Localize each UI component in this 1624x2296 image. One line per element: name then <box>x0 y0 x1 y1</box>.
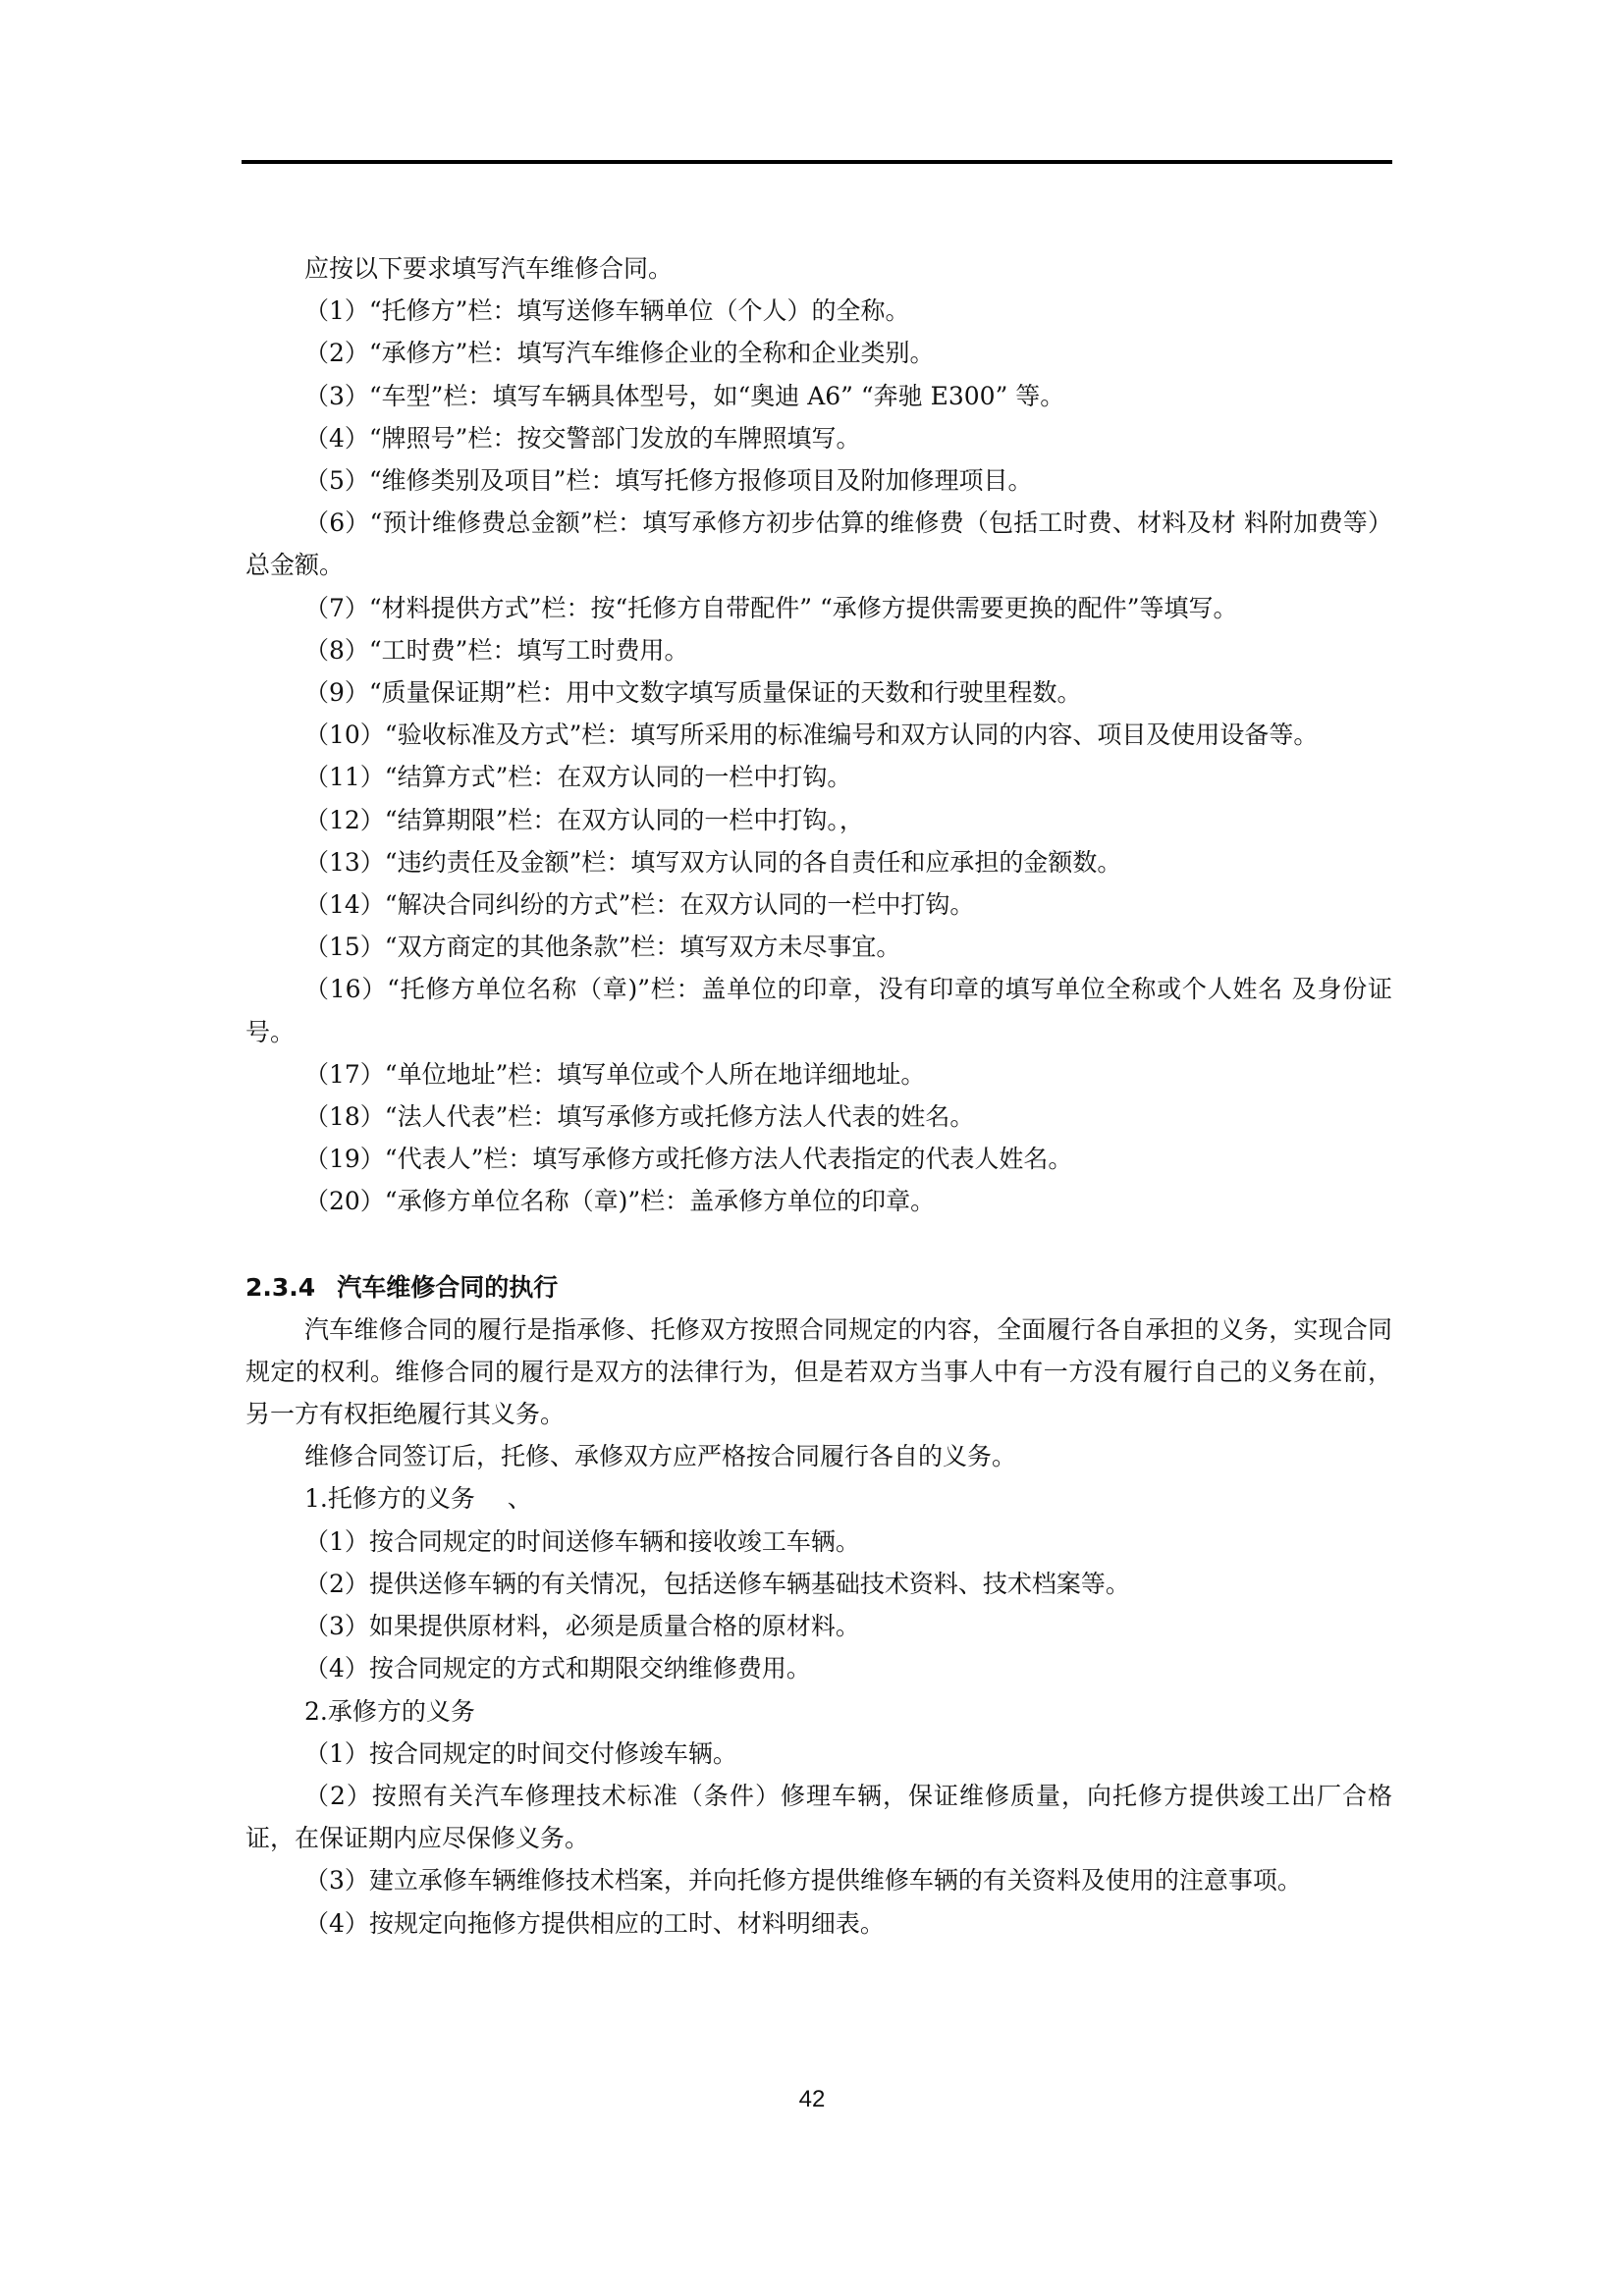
fill-rule-item: （4）“牌照号”栏：按交警部门发放的车牌照填写。 <box>245 417 1392 459</box>
fill-rule-item: （18）“法人代表”栏：填写承修方或托修方法人代表的姓名。 <box>245 1095 1392 1138</box>
section-paragraph: 汽车维修合同的履行是指承修、托修双方按照合同规定的内容，全面履行各自承担的义务，… <box>245 1308 1392 1436</box>
fill-rule-item: （17）“单位地址”栏：填写单位或个人所在地详细地址。 <box>245 1053 1392 1095</box>
client-duty-item: （2）提供送修车辆的有关情况，包括送修车辆基础技术资料、技术档案等。 <box>245 1563 1392 1605</box>
page-body: 应按以下要求填写汽车维修合同。 （1）“托修方”栏：填写送修车辆单位（个人）的全… <box>245 247 1392 1945</box>
fill-rule-item: （20）“承修方单位名称（章)”栏：盖承修方单位的印章。 <box>245 1180 1392 1222</box>
fill-rule-item: （15）“双方商定的其他条款”栏：填写双方未尽事宜。 <box>245 926 1392 968</box>
fill-rule-item: （11）“结算方式”栏：在双方认同的一栏中打钩。 <box>245 756 1392 798</box>
contractor-duty-item: （4）按规定向拖修方提供相应的工时、材料明细表。 <box>245 1902 1392 1945</box>
fill-rule-item: （8）“工时费”栏：填写工时费用。 <box>245 629 1392 671</box>
contractor-duty-item: （2）按照有关汽车修理技术标准（条件）修理车辆，保证维修质量，向托修方提供竣工出… <box>245 1775 1392 1859</box>
contractor-duties-title: 2.承修方的义务 <box>245 1690 1392 1733</box>
fill-rule-item: （5）“维修类别及项目”栏：填写托修方报修项目及附加修理项目。 <box>245 459 1392 502</box>
client-duty-item: （4）按合同规定的方式和期限交纳维修费用。 <box>245 1647 1392 1689</box>
intro-paragraph: 应按以下要求填写汽车维修合同。 <box>245 247 1392 290</box>
section-number: 2.3.4 <box>245 1273 315 1302</box>
client-duty-item: （3）如果提供原材料，必须是质量合格的原材料。 <box>245 1605 1392 1647</box>
fill-rule-item: （2）“承修方”栏：填写汽车维修企业的全称和企业类别。 <box>245 332 1392 374</box>
header-rule <box>242 160 1392 164</box>
fill-rule-item: （1）“托修方”栏：填写送修车辆单位（个人）的全称。 <box>245 290 1392 332</box>
section-paragraph: 维修合同签订后，托修、承修双方应严格按合同履行各自的义务。 <box>245 1435 1392 1477</box>
fill-rules-list: （1）“托修方”栏：填写送修车辆单位（个人）的全称。 （2）“承修方”栏：填写汽… <box>245 290 1392 1222</box>
section-heading: 2.3.4汽车维修合同的执行 <box>245 1266 1392 1308</box>
client-duties-title: 1.托修方的义务 、 <box>245 1477 1392 1520</box>
fill-rule-item: （10）“验收标准及方式”栏：填写所采用的标准编号和双方认同的内容、项目及使用设… <box>245 714 1392 756</box>
fill-rule-item: （13）“违约责任及金额”栏：填写双方认同的各自责任和应承担的金额数。 <box>245 841 1392 883</box>
fill-rule-item: （16）“托修方单位名称（章)”栏：盖单位的印章，没有印章的填写单位全称或个人姓… <box>245 968 1392 1052</box>
section-title: 汽车维修合同的执行 <box>337 1273 558 1302</box>
contractor-duty-item: （3）建立承修车辆维修技术档案，并向托修方提供维修车辆的有关资料及使用的注意事项… <box>245 1859 1392 1901</box>
fill-rule-item: （9）“质量保证期”栏：用中文数字填写质量保证的天数和行驶里程数。 <box>245 671 1392 714</box>
fill-rule-item: （14）“解决合同纠纷的方式”栏：在双方认同的一栏中打钩。 <box>245 883 1392 926</box>
client-duty-item: （1）按合同规定的时间送修车辆和接收竣工车辆。 <box>245 1521 1392 1563</box>
fill-rule-item: （7）“材料提供方式”栏：按“托修方自带配件” “承修方提供需要更换的配件”等填… <box>245 587 1392 629</box>
contractor-duty-item: （1）按合同规定的时间交付修竣车辆。 <box>245 1733 1392 1775</box>
fill-rule-item: （6）“预计维修费总金额”栏：填写承修方初步估算的维修费（包括工时费、材料及材 … <box>245 502 1392 586</box>
page-number: 42 <box>0 2086 1624 2113</box>
fill-rule-item: （3）“车型”栏：填写车辆具体型号，如“奥迪 A6” “奔驰 E300” 等。 <box>245 375 1392 417</box>
fill-rule-item: （12）“结算期限”栏：在双方认同的一栏中打钩。， <box>245 799 1392 841</box>
fill-rule-item: （19）“代表人”栏：填写承修方或托修方法人代表指定的代表人姓名。 <box>245 1138 1392 1180</box>
